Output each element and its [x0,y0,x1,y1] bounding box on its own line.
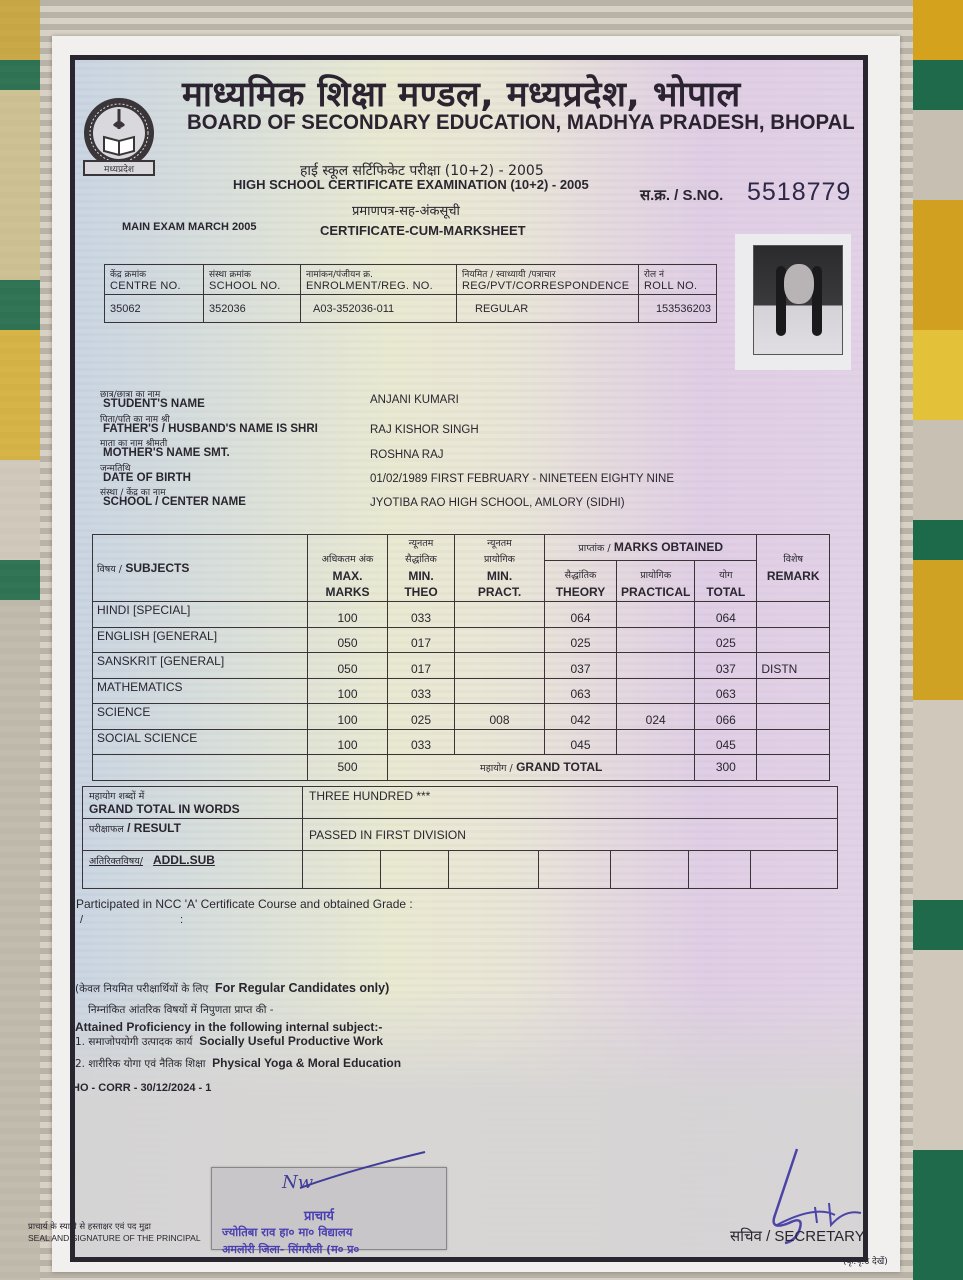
reg-type-header: नियमित / स्वाध्यायी /पत्राचारREG/PVT/COR… [457,265,639,295]
student-name-value: ANJANI KUMARI [370,394,459,406]
total-marks: 025 [695,627,757,653]
total-in-words-row: महायोग शब्दों मेंGRAND TOTAL IN WORDS TH… [83,787,838,819]
roll-no-value: 153536203 [639,295,717,323]
subject-name: SOCIAL SCIENCE [93,729,308,755]
school-name-label: SCHOOL / CENTER NAME [103,496,246,508]
max-marks: 100 [308,729,388,755]
certificate-title-hindi: प्रमाणपत्र-सह-अंकसूची [352,201,460,219]
min-theory: 025 [388,704,455,730]
centre-no-value: 35062 [105,295,204,323]
theory-header: सैद्धांतिकTHEORY [545,561,617,602]
min-practical [455,602,545,628]
total-marks: 063 [695,678,757,704]
practical-marks [617,653,695,679]
mother-name-field: माता का नाम श्रीमती MOTHER'S NAME SMT. R… [100,436,720,461]
max-marks: 100 [308,704,388,730]
result-label: परीक्षाफल / RESULT [83,819,303,851]
theory-marks: 037 [545,653,617,679]
enrolment-header: नामांकन/पंजीयन क्र.ENROLMENT/REG. NO. [301,265,457,295]
max-marks: 100 [308,678,388,704]
total-marks: 037 [695,653,757,679]
addl-cell [689,851,751,889]
addl-cell [303,851,381,889]
serial-number: 5518779 [747,178,851,207]
subject-name: MATHEMATICS [93,678,308,704]
remark: DISTN [757,653,830,679]
max-marks: 100 [308,602,388,628]
stamp-title: प्राचार्य [304,1206,334,1224]
subject-row: SANSKRIT [GENERAL]050017037037DISTN [93,653,830,679]
father-name-field: पिता/पति का नाम श्री FATHER'S / HUSBAND'… [100,412,720,437]
exam-title-english: HIGH SCHOOL CERTIFICATE EXAMINATION (10+… [233,177,589,192]
main-exam-label: MAIN EXAM MARCH 2005 [122,221,256,233]
school-no-header: संस्था क्रमांकSCHOOL NO. [204,265,301,295]
additional-subject-row: अतिरिक्तविषय/ ADDL.SUB [83,851,838,889]
remark [757,602,830,628]
ncc-statement: Participated in NCC 'A' Certificate Cour… [76,897,413,911]
addl-cell [611,851,689,889]
stamp-location: अमलोरी जिला- सिंगरौली (म० प्र० [222,1242,359,1257]
min-practical [455,678,545,704]
practical-header: प्रायोगिकPRACTICAL [617,561,695,602]
theory-marks: 063 [545,678,617,704]
certificate-title-english: CERTIFICATE-CUM-MARKSHEET [320,223,526,238]
background-mat-left [0,0,40,1280]
student-details: छात्र/छात्रा का नाम STUDENT'S NAME ANJAN… [100,387,720,510]
additional-subject-label: अतिरिक्तविषय/ ADDL.SUB [83,851,303,889]
result-table: महायोग शब्दों मेंGRAND TOTAL IN WORDS TH… [82,786,838,889]
result-row: परीक्षाफल / RESULT PASSED IN FIRST DIVIS… [83,819,838,851]
min-theory: 017 [388,653,455,679]
max-marks-header: अधिकतम अंकMAX.MARKS [308,535,388,602]
min-theory: 033 [388,678,455,704]
max-marks: 050 [308,627,388,653]
min-theory: 033 [388,602,455,628]
total-in-words-label: महायोग शब्दों मेंGRAND TOTAL IN WORDS [83,787,303,819]
school-name-field: संस्था / केंद्र का नाम SCHOOL / CENTER N… [100,485,720,510]
student-name-field: छात्र/छात्रा का नाम STUDENT'S NAME ANJAN… [100,387,720,412]
min-practical [455,653,545,679]
student-name-label: STUDENT'S NAME [103,398,205,410]
mother-name-label: MOTHER'S NAME SMT. [103,447,230,459]
marks-header-row-1: विषय / SUBJECTS अधिकतम अंकMAX.MARKS न्यू… [93,535,830,561]
photo-image [753,245,843,355]
background-mat-right [913,0,963,1280]
max-marks: 050 [308,653,388,679]
dob-value: 01/02/1989 FIRST FEBRUARY - NINETEEN EIG… [370,473,674,485]
please-turn-over: (कृ.पृ.उ देखें) [843,1254,888,1267]
grand-total-max: 500 [308,755,388,781]
ncc-grade-colon: : [180,914,183,926]
theory-marks: 064 [545,602,617,628]
proficiency-note-hindi: निम्नांकित आंतरिक विषयों में निपुणता प्र… [88,1003,274,1017]
subject-row: SCIENCE100025008042024066 [93,704,830,730]
remark [757,678,830,704]
subject-name: ENGLISH [GENERAL] [93,627,308,653]
practical-marks [617,602,695,628]
total-in-words-value: THREE HUNDRED *** [303,787,838,819]
practical-marks [617,678,695,704]
serial-number-label: स.क्र. / S.NO. [640,185,723,205]
practical-marks: 024 [617,704,695,730]
addl-cell [449,851,539,889]
stamp-school: ज्योतिबा राव हा० मा० विद्यालय [222,1225,352,1240]
subject-row: ENGLISH [GENERAL]050017025025 [93,627,830,653]
mother-name-value: ROSHNA RAJ [370,449,444,461]
grand-total-value: 300 [695,755,757,781]
enrolment-value: A03-352036-011 [301,295,457,323]
addl-cell [751,851,838,889]
info-header-row: केंद्र क्रमांकCENTRE NO. संस्था क्रमांकS… [105,265,717,295]
total-marks: 064 [695,602,757,628]
min-theory: 033 [388,729,455,755]
grand-total-label: महायोग / GRAND TOTAL [388,755,695,781]
board-title-hindi: माध्यमिक शिक्षा मण्डल, मध्यप्रदेश, भोपाल [182,70,741,117]
correction-note: HO - CORR - 30/12/2024 - 1 [72,1082,211,1094]
theory-marks: 025 [545,627,617,653]
registration-info-table: केंद्र क्रमांकCENTRE NO. संस्था क्रमांकS… [104,264,717,323]
min-practical-header: न्यूनतमप्रायोगिकMIN.PRACT. [455,535,545,602]
remark [757,729,830,755]
father-name-value: RAJ KISHOR SINGH [370,424,479,436]
remark [757,704,830,730]
father-name-label: FATHER'S / HUSBAND'S NAME IS SHRI [103,423,318,435]
remark-header: विशेषREMARK [757,535,830,602]
principal-seal-label: प्राचार्य के स्याही से हस्ताक्षर एवं पद … [28,1222,201,1244]
min-practical [455,729,545,755]
subject-row: SOCIAL SCIENCE100033045045 [93,729,830,755]
subject-name: HINDI [SPECIAL] [93,602,308,628]
practical-marks [617,627,695,653]
practical-marks [617,729,695,755]
marks-table: विषय / SUBJECTS अधिकतम अंकMAX.MARKS न्यू… [92,534,830,781]
roll-no-header: रोल नंROLL NO. [639,265,717,295]
min-practical: 008 [455,704,545,730]
dob-label: DATE OF BIRTH [103,472,191,484]
centre-no-header: केंद्र क्रमांकCENTRE NO. [105,265,204,295]
addl-cell [381,851,449,889]
proficiency-item-2: 2. शारीरिक योगा एवं नैतिक शिक्षा Physica… [75,1056,401,1071]
ncc-grade-slash: / [80,914,83,926]
board-emblem-icon: मध्यप्रदेश [80,95,158,179]
school-no-value: 352036 [204,295,301,323]
reg-type-value: REGULAR [457,295,639,323]
grand-total-row: 500 महायोग / GRAND TOTAL 300 [93,755,830,781]
addl-cell [539,851,611,889]
min-theory: 017 [388,627,455,653]
theory-marks: 045 [545,729,617,755]
total-header: योगTOTAL [695,561,757,602]
secretary-label: सचिव / SECRETARY [730,1226,865,1246]
student-photo [735,234,851,370]
subject-row: MATHEMATICS100033063063 [93,678,830,704]
marks-obtained-header: प्राप्तांक / MARKS OBTAINED [545,535,757,561]
subject-name: SANSKRIT [GENERAL] [93,653,308,679]
principal-signature-stroke-icon [240,1150,430,1190]
svg-text:मध्यप्रदेश: मध्यप्रदेश [104,163,135,175]
info-value-row: 35062 352036 A03-352036-011 REGULAR 1535… [105,295,717,323]
subject-row: HINDI [SPECIAL]100033064064 [93,602,830,628]
board-title-english: BOARD OF SECONDARY EDUCATION, MADHYA PRA… [187,111,855,135]
min-practical [455,627,545,653]
dob-field: जन्मतिथि DATE OF BIRTH 01/02/1989 FIRST … [100,461,720,486]
subjects-header: विषय / SUBJECTS [93,535,308,602]
total-marks: 045 [695,729,757,755]
subject-name: SCIENCE [93,704,308,730]
proficiency-item-1: 1. समाजोपयोगी उत्पादक कार्य Socially Use… [75,1034,383,1049]
result-value: PASSED IN FIRST DIVISION [303,819,838,851]
school-name-value: JYOTIBA RAO HIGH SCHOOL, AMLORY (SIDHI) [370,497,625,509]
regular-candidates-note: (केवल नियमित परीक्षार्थियों के लिए For R… [75,981,389,996]
remark [757,627,830,653]
attained-proficiency-heading: Attained Proficiency in the following in… [75,1020,382,1034]
total-marks: 066 [695,704,757,730]
min-theory-header: न्यूनतमसैद्धांतिकMIN.THEO [388,535,455,602]
theory-marks: 042 [545,704,617,730]
